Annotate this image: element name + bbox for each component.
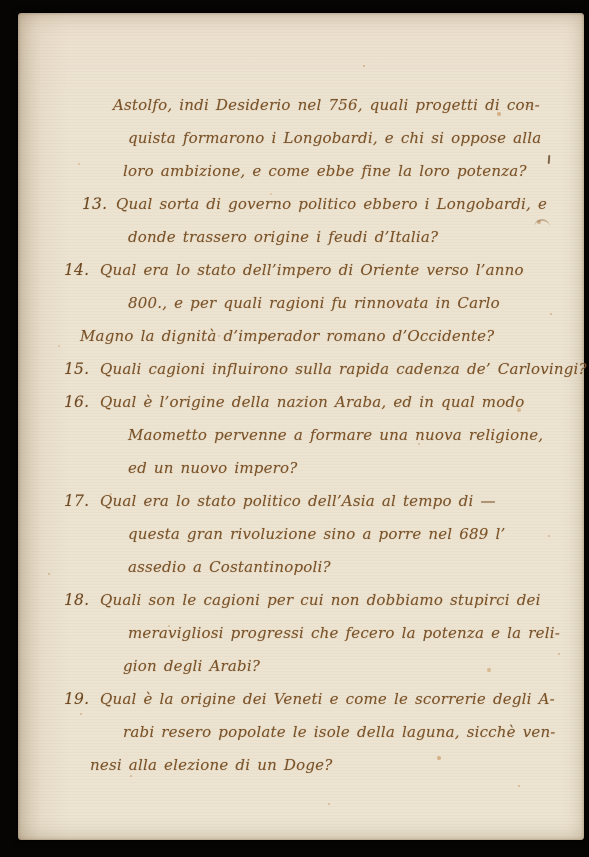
manuscript-line: meravigliosi progressi che fecero la pot… <box>18 617 584 650</box>
manuscript-line: 17. Qual era lo stato politico dell’Asia… <box>18 485 584 518</box>
manuscript-line: 800., e per quali ragioni fu rinnovata i… <box>18 287 584 320</box>
manuscript-line-text: Quali son le cagioni per cui non dobbiam… <box>100 584 541 617</box>
paper-foxing-speckles <box>18 13 20 15</box>
question-number: 15. <box>64 353 89 386</box>
manuscript-line-text: questa gran rivoluzione sino a porre nel… <box>128 518 505 551</box>
manuscript-line-text: Magno la dignità d’imperador romano d’Oc… <box>80 320 494 353</box>
manuscript-line: 18. Quali son le cagioni per cui non dob… <box>18 584 584 617</box>
manuscript-line: questa gran rivoluzione sino a porre nel… <box>18 518 584 551</box>
question-number: 18. <box>64 584 89 617</box>
manuscript-text-block: Astolfo, indi Desiderio nel 756, quali p… <box>18 89 584 782</box>
manuscript-line-text: rabi resero popolate le isole della lagu… <box>123 716 556 749</box>
manuscript-line-text: quista formarono i Longobardi, e chi si … <box>128 122 541 155</box>
manuscript-line: 13. Qual sorta di governo politico ebber… <box>18 188 584 221</box>
question-number: 17. <box>64 485 89 518</box>
manuscript-line-text: Quali cagioni influirono sulla rapida ca… <box>100 353 587 386</box>
manuscript-line: Astolfo, indi Desiderio nel 756, quali p… <box>18 89 584 122</box>
manuscript-line: Maometto pervenne a formare una nuova re… <box>18 419 584 452</box>
manuscript-line-text: Astolfo, indi Desiderio nel 756, quali p… <box>113 89 540 122</box>
manuscript-line: nesi alla elezione di un Doge? <box>18 749 584 782</box>
question-number: 14. <box>64 254 89 287</box>
manuscript-line: assedio a Costantinopoli? <box>18 551 584 584</box>
manuscript-line-text: nesi alla elezione di un Doge? <box>90 749 332 782</box>
manuscript-line-text: gion degli Arabi? <box>123 650 260 683</box>
manuscript-line: 15. Quali cagioni influirono sulla rapid… <box>18 353 584 386</box>
manuscript-line-text: meravigliosi progressi che fecero la pot… <box>128 617 560 650</box>
manuscript-page: Astolfo, indi Desiderio nel 756, quali p… <box>18 13 584 840</box>
manuscript-line-text: ed un nuovo impero? <box>128 452 298 485</box>
manuscript-line-text: Maometto pervenne a formare una nuova re… <box>128 419 543 452</box>
manuscript-line: loro ambizione, e come ebbe fine la loro… <box>18 155 584 188</box>
manuscript-line: Magno la dignità d’imperador romano d’Oc… <box>18 320 584 353</box>
manuscript-line-text: donde trassero origine i feudi d’Italia? <box>128 221 438 254</box>
manuscript-line-text: 800., e per quali ragioni fu rinnovata i… <box>128 287 500 320</box>
manuscript-line-text: Qual era lo stato dell’impero di Oriente… <box>100 254 524 287</box>
manuscript-line: 19. Qual è la origine dei Veneti e come … <box>18 683 584 716</box>
manuscript-line-text: Qual è la origine dei Veneti e come le s… <box>100 683 555 716</box>
question-number: 13. <box>82 188 107 221</box>
manuscript-line: gion degli Arabi? <box>18 650 584 683</box>
question-number: 19. <box>64 683 89 716</box>
question-number: 16. <box>64 386 89 419</box>
manuscript-line: ed un nuovo impero? <box>18 452 584 485</box>
manuscript-line: quista formarono i Longobardi, e chi si … <box>18 122 584 155</box>
manuscript-line: donde trassero origine i feudi d’Italia? <box>18 221 584 254</box>
manuscript-line-text: Qual era lo stato politico dell’Asia al … <box>100 485 496 518</box>
scanner-background: Astolfo, indi Desiderio nel 756, quali p… <box>0 0 589 857</box>
manuscript-line: rabi resero popolate le isole della lagu… <box>18 716 584 749</box>
manuscript-line-text: assedio a Costantinopoli? <box>128 551 331 584</box>
manuscript-line: 16. Qual è l’origine della nazion Araba,… <box>18 386 584 419</box>
manuscript-line-text: Qual è l’origine della nazion Araba, ed … <box>100 386 525 419</box>
manuscript-line-text: Qual sorta di governo politico ebbero i … <box>116 188 547 221</box>
manuscript-line: 14. Qual era lo stato dell’impero di Ori… <box>18 254 584 287</box>
manuscript-line-text: loro ambizione, e come ebbe fine la loro… <box>123 155 527 188</box>
